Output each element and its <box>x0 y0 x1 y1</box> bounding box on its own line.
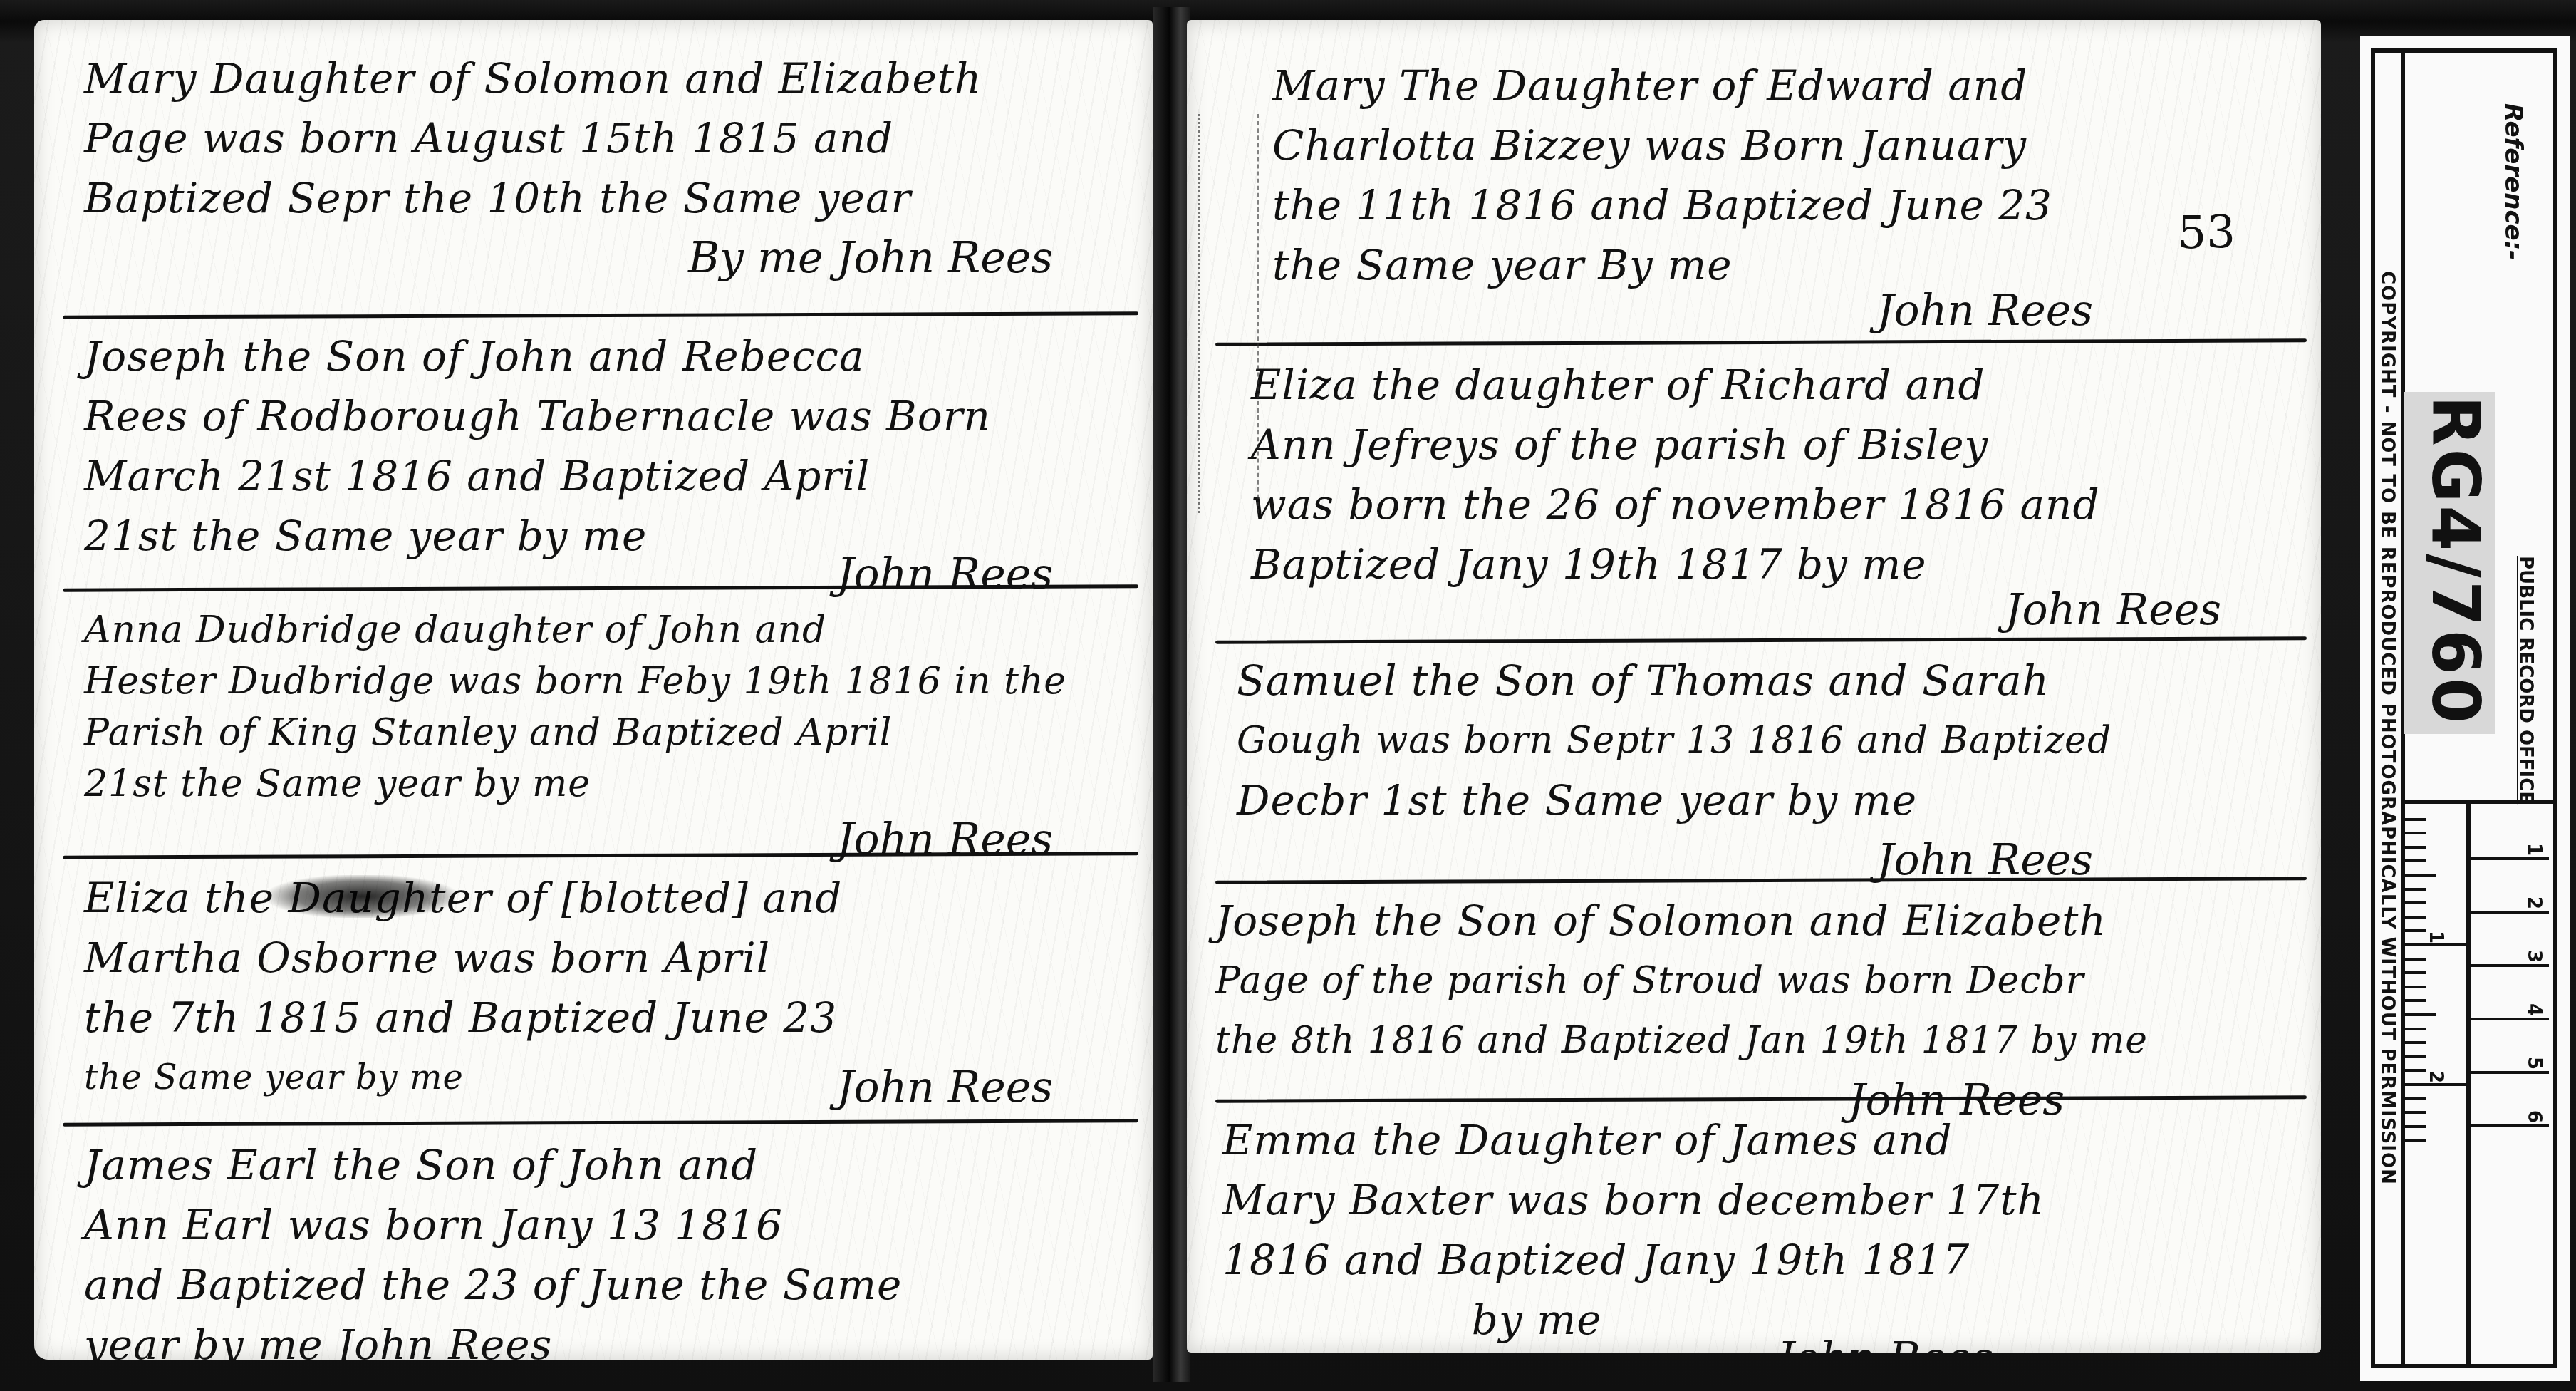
register-entry: Mary Daughter of Solomon and Elizabeth P… <box>34 48 1153 288</box>
entry-line: Rees of Rodborough Tabernacle was Born <box>84 386 1110 446</box>
register-entry: Samuel the Son of Thomas and Sarah Gough… <box>1187 651 2321 890</box>
scale-cm-line <box>2471 911 2549 914</box>
entry-line: and Baptized the 23 of June the Same <box>84 1255 1110 1315</box>
scale-cm-label: 5 <box>2523 1057 2545 1070</box>
entry-line: Decbr 1st the Same year by me <box>1237 770 2278 830</box>
entry-line: 21st the Same year by me <box>84 758 1110 810</box>
scale-cm-line <box>2471 1124 2549 1127</box>
entry-line: Baptized Sepr the 10th the Same year <box>84 168 1110 228</box>
entry-line: Martha Osborne was born April <box>84 928 1110 988</box>
scale-tick <box>2405 943 2471 946</box>
entry-line: Mary Daughter of Solomon and Elizabeth <box>84 48 1110 108</box>
scale-tick <box>2405 1139 2426 1142</box>
entry-line: Eliza the daughter of Richard and <box>1251 355 2278 415</box>
scale-tick <box>2405 832 2426 834</box>
entry-line: Hester Dudbridge was born Feby 19th 1816… <box>84 656 1110 707</box>
copyright-notice: COPYRIGHT - NOT TO BE REPRODUCED PHOTOGR… <box>2377 271 2398 1185</box>
scale-cm-label: 6 <box>2523 1110 2545 1123</box>
register-entry: Anna Dudbridge daughter of John and Hest… <box>34 604 1153 869</box>
scale-inch-label: 1 <box>2425 931 2446 943</box>
scale-cm-label: 1 <box>2523 843 2545 856</box>
register-entry: James Earl the Son of John and Ann Earl … <box>34 1135 1153 1360</box>
binding-margin-scribble <box>1198 114 1259 513</box>
scale-tick <box>2405 958 2426 961</box>
entry-line: James Earl the Son of John and <box>84 1135 1110 1195</box>
scale-tick <box>2405 916 2426 919</box>
entry-line: year by me John Rees <box>84 1315 1110 1360</box>
register-entry: Joseph the Son of John and Rebecca Rees … <box>34 326 1153 604</box>
entry-line: Page was born August 15th 1815 and <box>84 108 1110 168</box>
scale-tick <box>2405 1097 2426 1100</box>
scale-tick <box>2405 1041 2426 1044</box>
register-entry: Mary The Daughter of Edward and Charlott… <box>1187 56 2321 341</box>
scale-tick <box>2405 999 2426 1002</box>
scale-divider <box>2466 800 2471 1364</box>
right-page: Mary The Daughter of Edward and Charlott… <box>1187 20 2321 1353</box>
entry-line: Eliza the Daughter of [blotted] and <box>84 868 1110 928</box>
scale-tick <box>2405 1083 2471 1086</box>
entry-line: Charlotta Bizzey was Born January <box>1272 115 2278 175</box>
scale-tick <box>2405 1055 2426 1058</box>
scale-tick <box>2405 1125 2426 1128</box>
entry-line: the 11th 1816 and Baptized June 23 <box>1272 175 2278 235</box>
entry-line: the 8th 1816 and Baptized Jan 19th 1817 … <box>1215 1010 2278 1070</box>
book-gutter <box>1153 7 1190 1382</box>
entry-line: Ann Jefreys of the parish of Bisley <box>1251 415 2278 475</box>
scale-tick <box>2405 859 2426 862</box>
entry-line: Gough was born Septr 13 1816 and Baptize… <box>1237 710 2278 770</box>
entry-divider <box>63 311 1138 319</box>
entry-line: Joseph the Son of Solomon and Elizabeth <box>1215 891 2278 951</box>
left-page: Mary Daughter of Solomon and Elizabeth P… <box>34 20 1153 1360</box>
entry-line: Joseph the Son of John and Rebecca <box>84 326 1110 386</box>
scale-tick <box>2405 929 2426 932</box>
scale-cm-label: 3 <box>2523 950 2545 963</box>
scale-tick <box>2405 1111 2426 1114</box>
scale-tick <box>2405 1069 2426 1072</box>
entry-line: the 7th 1815 and Baptized June 23 <box>84 988 1110 1048</box>
entry-line: Emma the Daughter of James and <box>1222 1110 2278 1170</box>
entry-line: Anna Dudbridge daughter of John and <box>84 604 1110 656</box>
entry-line: Page of the parish of Stroud was born De… <box>1215 951 2278 1010</box>
scale-tick <box>2405 901 2426 904</box>
entry-line: Mary Baxter was born december 17th <box>1222 1170 2278 1230</box>
scale-tick <box>2405 986 2426 988</box>
scale-tick <box>2405 818 2426 821</box>
scale-inch-label: 2 <box>2425 1070 2446 1083</box>
scale-cm-label: 4 <box>2523 1003 2545 1016</box>
scale-tick <box>2405 1028 2426 1030</box>
scale-cm-label: 2 <box>2523 896 2545 909</box>
ink-blot <box>269 875 455 918</box>
scale-cm-line <box>2471 1071 2549 1074</box>
scale-cm-line <box>2471 964 2549 967</box>
scale-tick <box>2405 874 2436 877</box>
entry-line: Mary The Daughter of Edward and <box>1272 56 2278 115</box>
entry-line: Ann Earl was born Jany 13 1816 <box>84 1195 1110 1255</box>
scale-cm-line <box>2471 857 2549 860</box>
scale-top-border <box>2405 800 2553 804</box>
entry-line: March 21st 1816 and Baptized April <box>84 446 1110 506</box>
scale-tick <box>2405 1013 2436 1016</box>
officiant-signature: John Rees <box>84 810 1110 869</box>
register-entry: Joseph the Son of Solomon and Elizabeth … <box>1187 891 2321 1130</box>
public-record-office-label: PUBLIC RECORD OFFICE <box>2515 556 2536 804</box>
reference-number: RG4/760 <box>2417 395 2493 726</box>
scale-tick <box>2405 971 2426 974</box>
entry-line: Parish of King Stanley and Baptized Apri… <box>84 707 1110 758</box>
entry-line: 1816 and Baptized Jany 19th 1817 <box>1222 1230 2278 1290</box>
entry-line: Samuel the Son of Thomas and Sarah <box>1237 651 2278 710</box>
register-entry: Eliza the daughter of Richard and Ann Je… <box>1187 355 2321 640</box>
scale-tick <box>2405 846 2426 849</box>
page-number: 53 <box>2178 207 2235 259</box>
reference-label: Reference:- <box>2499 103 2528 260</box>
scale-cm-line <box>2471 1018 2549 1020</box>
scale-tick <box>2405 888 2426 891</box>
officiant-signature: By me John Rees <box>84 228 1110 288</box>
register-entry: Eliza the Daughter of [blotted] and Mart… <box>34 868 1153 1117</box>
entry-divider <box>63 1119 1138 1126</box>
entry-line: was born the 26 of november 1816 and <box>1251 475 2278 534</box>
register-entry: Emma the Daughter of James and Mary Baxt… <box>1187 1110 2321 1353</box>
